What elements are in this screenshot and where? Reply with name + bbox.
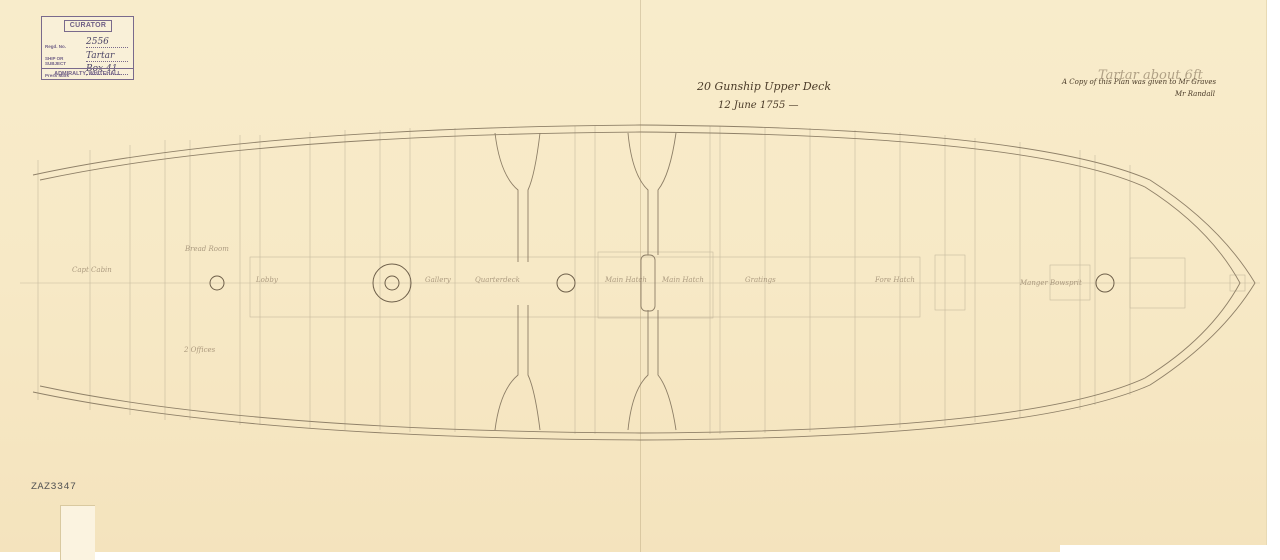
stamp-footer: ADMIRALTY, WHITEHALL — [42, 68, 133, 77]
label-manger: Manger — [1020, 279, 1048, 287]
plan-title: 20 Gunship Upper Deck — [697, 80, 831, 93]
stamp-header: CURATOR — [64, 20, 112, 32]
label-lobby: Lobby — [256, 276, 278, 284]
label-quarterdeck: Quarterdeck — [475, 276, 520, 284]
label-bowsprit: Bowsprit — [1050, 279, 1082, 287]
label-main-hatch-2: Main Hatch — [662, 276, 704, 284]
stamp-regd-label: Regd. No. — [45, 44, 66, 49]
label-main-hatch: Main Hatch — [605, 276, 647, 284]
stamp-regd-value: 2556 — [86, 37, 128, 48]
stamp-ship-label: SHIP OR SUBJECT — [45, 56, 75, 66]
stamp-ship-value: Tartar — [86, 51, 128, 62]
copy-note-signature: Mr Randall — [1175, 90, 1215, 98]
curator-stamp: CURATOR Regd. No. 2556 SHIP OR SUBJECT T… — [41, 16, 134, 80]
plan-date: 12 June 1755 — — [718, 100, 799, 111]
copy-note: A Copy of this Plan was given to Mr Grav… — [1062, 78, 1216, 86]
label-gratings: Gratings — [745, 276, 776, 284]
label-bread-room: Bread Room — [185, 245, 229, 253]
reference-number: ZAZ3347 — [31, 482, 77, 493]
label-fore-hatch: Fore Hatch — [875, 276, 915, 284]
label-offices: 2 Offices — [184, 346, 215, 354]
label-gallery: Gallery — [425, 276, 451, 284]
label-capt-cabin: Capt Cabin — [72, 266, 112, 274]
